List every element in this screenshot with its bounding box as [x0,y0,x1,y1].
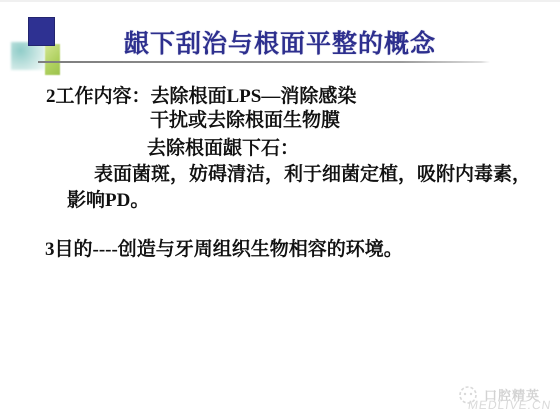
body-line-plaque-detail: 表面菌斑，妨碍清洁，利于细菌定植，吸附内毒素， [94,164,531,185]
slide-title: 龈下刮治与根面平整的概念 [0,24,560,60]
body-line-purpose: 3目的----创造与牙周组织生物相容的环境。 [45,239,403,260]
watermark-site-text: MEDLIVE.CN [467,398,552,412]
presentation-slide: 龈下刮治与根面平整的概念 2工作内容：去除根面LPS—消除感染 干扰或去除根面生… [0,0,560,420]
body-line-biofilm: 干扰或去除根面生物膜 [150,110,340,131]
body-line-pd-effect: 影响PD。 [67,190,149,211]
body-line-subgingival-calculus: 去除根面龈下石： [147,138,299,159]
watermark: 口腔精英 MEDLIVE.CN [452,378,556,418]
body-line-work-content: 2工作内容：去除根面LPS—消除感染 [46,86,356,107]
title-divider-line [38,61,490,63]
